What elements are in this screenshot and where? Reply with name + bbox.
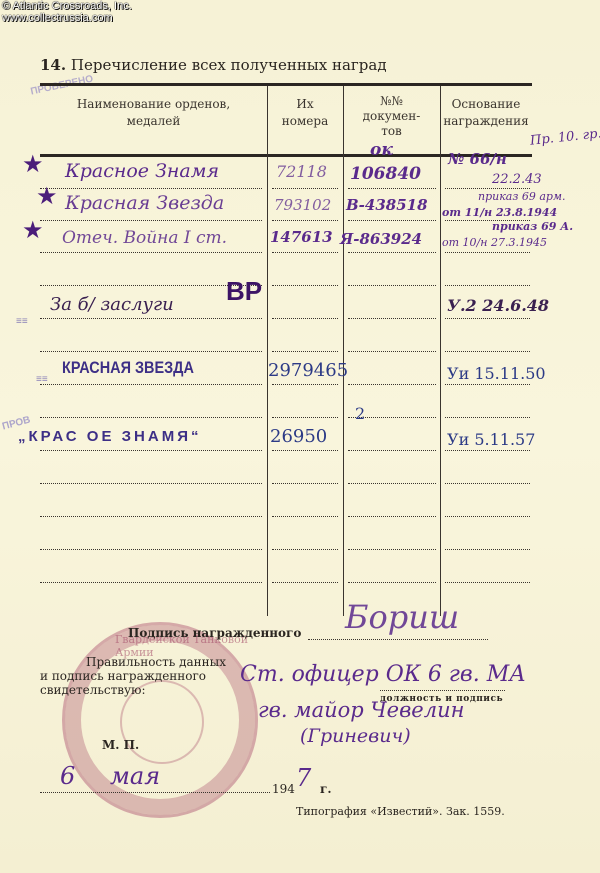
date-month: мая bbox=[110, 762, 160, 790]
award-name: Красное Знамя bbox=[65, 160, 219, 182]
award-basis: Уи 5.11.57 bbox=[447, 430, 535, 449]
docs-annotation: ок bbox=[370, 140, 393, 160]
vr-stamp: ВР bbox=[226, 276, 262, 307]
section-number: 14. bbox=[40, 56, 66, 74]
header-document-numbers: №№ докумен- тов bbox=[343, 94, 440, 139]
officer-position: Ст. офицер ОК 6 гв. МА bbox=[240, 662, 526, 687]
table-top-rule bbox=[40, 83, 532, 86]
header-award-name: Наименование орденов, медалей bbox=[40, 96, 267, 130]
award-name: За б/ заслуги bbox=[50, 294, 174, 315]
header-award-basis: Основание награждения bbox=[440, 96, 532, 130]
award-name: Красная Звезда bbox=[65, 192, 224, 214]
award-basis-date: от 11/н 23.8.1944 bbox=[442, 206, 557, 219]
column-divider bbox=[343, 86, 344, 616]
award-basis-date: от 10/н 27.3.1945 bbox=[442, 236, 547, 249]
watermark-line2: www.collectrussia.com bbox=[2, 12, 132, 24]
watermark-line1: © Atlantic Crossroads, Inc. bbox=[2, 0, 132, 12]
document-number: 2 bbox=[355, 404, 365, 423]
award-basis-date: 22.2.43 bbox=[492, 172, 542, 187]
watermark: © Atlantic Crossroads, Inc. www.collectr… bbox=[2, 0, 132, 24]
star-marker-icon: ★ bbox=[22, 218, 44, 242]
recipient-signature-label: Подпись награжденного bbox=[128, 626, 301, 640]
header-award-numbers: Их номера bbox=[267, 96, 343, 130]
recipient-signature: Бориш bbox=[345, 598, 459, 636]
date-suffix: г. bbox=[320, 782, 332, 796]
award-number: 793102 bbox=[274, 196, 331, 214]
award-basis: Уи 15.11.50 bbox=[447, 364, 546, 383]
award-number: 2979465 bbox=[268, 360, 348, 381]
award-number: 26950 bbox=[270, 426, 327, 447]
basis-annotation: Пр. 10. гр. bbox=[529, 126, 600, 148]
faint-stamp: ≡≡ bbox=[36, 374, 48, 385]
star-marker-icon: ★ bbox=[36, 184, 58, 208]
award-name-stamp: КРАСНАЯ ЗВЕЗДА bbox=[62, 358, 194, 378]
officer-name: (Гриневич) bbox=[300, 725, 411, 747]
award-number: 147613 bbox=[270, 228, 333, 246]
award-basis: приказ 69 арм. bbox=[478, 190, 566, 203]
recipient-signature-line bbox=[308, 639, 488, 640]
certify-line1: Правильность данных bbox=[86, 655, 226, 669]
award-basis: У.2 24.6.48 bbox=[447, 296, 549, 315]
award-name-stamp: „КРАС ОЕ ЗНАМЯ“ bbox=[18, 428, 201, 445]
document-number: В-438518 bbox=[346, 196, 428, 214]
document-number: 106840 bbox=[350, 164, 421, 184]
column-divider bbox=[440, 86, 441, 616]
faint-stamp: ≡≡ bbox=[16, 316, 28, 327]
date-year-suffix: 7 bbox=[296, 764, 311, 792]
document-number: Я-863924 bbox=[340, 230, 422, 248]
date-day: 6 bbox=[60, 762, 75, 790]
officer-signature: гв. майор Чевелин bbox=[258, 698, 464, 722]
column-divider bbox=[267, 86, 268, 616]
award-name: Отеч. Война I ст. bbox=[62, 228, 227, 248]
certify-line3: свидетельствую: bbox=[40, 683, 146, 697]
document-page: © Atlantic Crossroads, Inc. www.collectr… bbox=[0, 0, 600, 873]
position-line bbox=[380, 690, 505, 691]
award-basis: № 66/н bbox=[448, 150, 507, 168]
certify-line2: и подпись награжденного bbox=[40, 669, 206, 683]
date-year-prefix: 194 bbox=[272, 782, 295, 796]
date-line bbox=[40, 792, 270, 793]
award-basis: приказ 69 А. bbox=[492, 220, 573, 233]
section-title: 14. Перечисление всех полученных наград bbox=[40, 56, 387, 74]
star-marker-icon: ★ bbox=[22, 152, 44, 176]
seal-label: М. П. bbox=[102, 738, 139, 752]
printer-imprint: Типография «Известий». Зак. 1559. bbox=[296, 805, 505, 818]
award-number: 72118 bbox=[276, 162, 327, 181]
section-title-text: Перечисление всех полученных наград bbox=[71, 56, 387, 74]
